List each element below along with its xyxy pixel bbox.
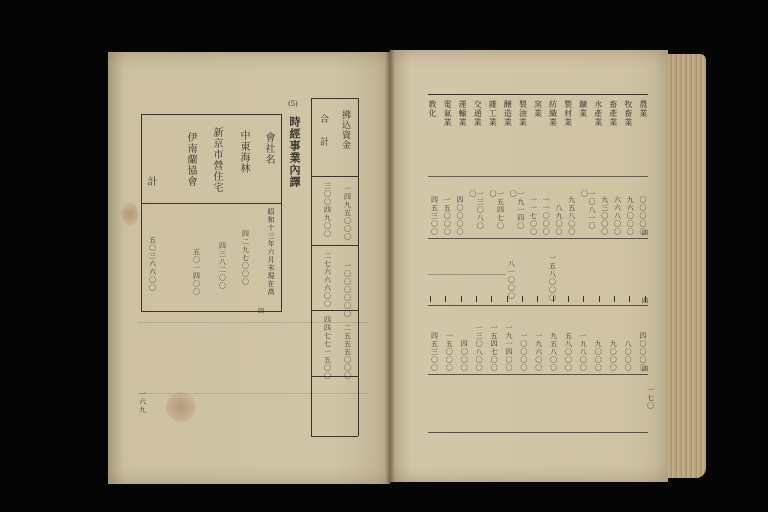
- left-page: (5) 時經事業內譯 會社名 昭和十三年六月末現在高 中東海林 新京市營住宅 伊…: [108, 52, 390, 484]
- unit-mark: 圓: [642, 230, 648, 238]
- cell: 四〇〇〇: [460, 340, 468, 372]
- column-headers: 農業 牧畜業 畜產業 水產業 鑛業 製材業 紡織業 窯業 製油業 醸造業 雜工業…: [428, 100, 648, 174]
- table-top-rule: [428, 94, 648, 95]
- cell: 八九〇〇: [555, 204, 563, 236]
- cell: 九五八〇〇: [567, 196, 575, 236]
- column-header: 交通業: [473, 100, 482, 174]
- column-header: 窯業: [533, 100, 542, 174]
- column-header: 紡織業: [549, 100, 558, 174]
- bleed-through: [138, 322, 368, 394]
- side-table-border: [311, 98, 312, 436]
- cell: 一五〇〇〇: [443, 196, 451, 236]
- cell: 一五八〇〇〇: [548, 254, 556, 302]
- total-value: 五〇三六六〇〇: [148, 236, 156, 292]
- cell: 一一〇〇〇: [542, 196, 550, 236]
- unit-mark: 圓: [642, 298, 648, 306]
- column-header: 鑛業: [579, 100, 588, 174]
- column-header: 水產業: [594, 100, 603, 174]
- data-row-3: 四〇〇〇〇 八〇〇〇 九〇〇〇 九〇〇〇 一九八〇〇 五八〇〇〇 九五八〇〇 一…: [430, 324, 646, 372]
- faint-rule: [428, 274, 506, 275]
- cell: 一五四七〇〇: [489, 190, 504, 236]
- cell: 一〇〇〇〇: [519, 332, 527, 372]
- page-edges: [664, 54, 706, 478]
- cell: 一〇八一〇〇: [580, 190, 595, 236]
- column-header: 運輸業: [458, 100, 467, 174]
- column-header: 製油業: [518, 100, 527, 174]
- cell: 九三〇〇〇: [600, 196, 608, 236]
- header-total: 合計: [318, 114, 328, 160]
- page-title: 時經事業內譯: [289, 116, 300, 188]
- cell: 九五八〇〇: [549, 332, 557, 372]
- side-cell: 一〇〇〇〇〇〇: [343, 262, 351, 318]
- row-name: 中東海林: [238, 130, 249, 174]
- cell: 一三〇八〇〇: [475, 324, 483, 372]
- table-border: [141, 114, 142, 312]
- table-divider: [141, 203, 282, 204]
- side-table-border: [311, 98, 358, 99]
- row-value: 四三八二〇〇: [218, 242, 226, 290]
- side-table-divider: [311, 245, 358, 246]
- cell: 一一七〇〇: [529, 196, 537, 236]
- section-number: (5): [288, 100, 298, 108]
- header-rule: [428, 176, 648, 177]
- cell: 一九八〇〇: [579, 332, 587, 372]
- row-rule: [428, 238, 648, 239]
- cell: 六六八〇〇: [613, 196, 621, 236]
- cell: 一九六〇〇: [534, 332, 542, 372]
- column-header: 醸造業: [503, 100, 512, 174]
- header-capital: 拂込資金: [340, 110, 350, 150]
- unit-mark: 圓: [642, 366, 648, 374]
- table-bottom-rule: [428, 432, 648, 433]
- unit-mark: 圓: [258, 308, 264, 316]
- cell: 一三〇八〇〇: [468, 190, 483, 236]
- side-cell: 二五五五〇〇〇: [343, 324, 351, 380]
- cell: 八一〇〇〇: [507, 260, 515, 300]
- column-header: 畜產業: [609, 100, 618, 174]
- cell: 四五三〇〇: [430, 196, 438, 236]
- cell: 九〇〇〇: [609, 340, 617, 372]
- table-border: [281, 114, 282, 312]
- side-cell: 四四七七一五〇〇: [323, 316, 331, 380]
- right-page: 農業 牧畜業 畜產業 水產業 鑛業 製材業 紡織業 窯業 製油業 醸造業 雜工業…: [390, 50, 668, 482]
- side-table-border: [358, 98, 359, 436]
- row-value: 四二九七〇〇〇: [241, 230, 249, 286]
- row-value: 五〇一四〇〇: [192, 248, 200, 296]
- row-rule: [428, 305, 648, 306]
- cell: 四五三〇〇: [430, 332, 438, 372]
- page-number: 一七〇: [646, 386, 654, 410]
- side-cell: 一四九五〇〇〇: [343, 185, 351, 241]
- column-header: 電氣業: [443, 100, 452, 174]
- side-cell: 二七六六六〇〇: [323, 252, 331, 308]
- stain: [122, 202, 138, 226]
- cell: 一九一四〇〇: [509, 190, 524, 236]
- cell: 五八〇〇〇: [564, 332, 572, 372]
- stain: [166, 392, 196, 422]
- side-cell: 三〇〇四九〇〇: [323, 182, 331, 238]
- header-company-name: 會社名: [263, 132, 274, 165]
- table-border: [141, 114, 282, 115]
- row-name: 新京市營住宅: [211, 127, 222, 193]
- cell: 一五四七〇〇: [490, 324, 498, 372]
- tick-row: [430, 296, 646, 304]
- side-table-border: [311, 436, 358, 437]
- column-header: 教化: [428, 100, 437, 174]
- cell: 一九一四〇〇: [504, 324, 512, 372]
- open-book: (5) 時經事業內譯 會社名 昭和十三年六月末現在高 中東海林 新京市營住宅 伊…: [104, 48, 708, 484]
- cell: 八〇〇〇: [624, 340, 632, 372]
- cell: 九六〇〇〇: [626, 196, 634, 236]
- side-table-divider: [311, 176, 358, 177]
- cell: 四〇〇〇〇: [456, 196, 464, 236]
- page-number: 一六九: [138, 390, 146, 414]
- cell: 九〇〇〇: [594, 340, 602, 372]
- cell: 一五〇〇〇: [445, 332, 453, 372]
- column-header: 製材業: [564, 100, 573, 174]
- column-header: 雜工業: [488, 100, 497, 174]
- total-label: 計: [145, 176, 156, 187]
- row-name: 伊南蘭協會: [185, 132, 196, 187]
- column-header: 牧畜業: [624, 100, 633, 174]
- spine: [385, 50, 395, 484]
- header-date-note: 昭和十三年六月末現在高: [267, 208, 275, 296]
- data-row-1: 〇〇〇〇〇 九六〇〇〇 六六八〇〇 九三〇〇〇 一〇八一〇〇 九五八〇〇 八九〇…: [430, 190, 646, 236]
- row-rule: [428, 374, 648, 375]
- column-header: 農業: [639, 100, 648, 174]
